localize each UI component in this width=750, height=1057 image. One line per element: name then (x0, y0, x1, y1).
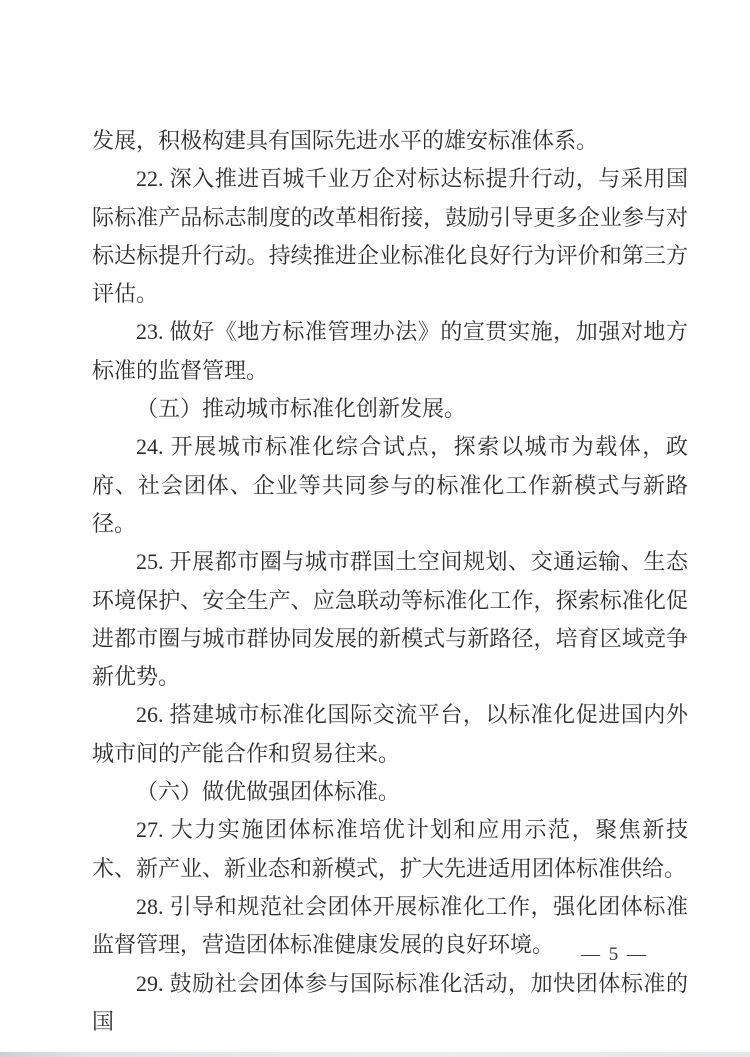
paragraph: 发展，积极构建具有国际先进水平的雄安标准体系。 (92, 122, 688, 160)
paragraph: 22. 深入推进百城千业万企对标达标提升行动，与采用国际标准产品标志制度的改革相… (92, 160, 688, 313)
paragraph: 29. 鼓励社会团体参与国际标准化活动，加快团体标准的国 (92, 965, 688, 1042)
document-body: 发展，积极构建具有国际先进水平的雄安标准体系。22. 深入推进百城千业万企对标达… (92, 122, 688, 1041)
paragraph: 27. 大力实施团体标准培优计划和应用示范，聚焦新技术、新产业、新业态和新模式，… (92, 811, 688, 888)
page-number: — 5 — (581, 941, 648, 969)
paragraph: 25. 开展都市圈与城市群国土空间规划、交通运输、生态环境保护、安全生产、应急联… (92, 543, 688, 696)
document-page: 发展，积极构建具有国际先进水平的雄安标准体系。22. 深入推进百城千业万企对标达… (0, 0, 750, 1057)
section-heading: （六）做优做强团体标准。 (92, 773, 688, 811)
paragraph: 24. 开展城市标准化综合试点，探索以城市为载体，政府、社会团体、企业等共同参与… (92, 428, 688, 543)
paragraph: 26. 搭建城市标准化国际交流平台，以标准化促进国内外城市间的产能合作和贸易往来… (92, 696, 688, 773)
paragraph: 23. 做好《地方标准管理办法》的宣贯实施，加强对地方标准的监督管理。 (92, 313, 688, 390)
page-edge-shadow (0, 1052, 750, 1057)
section-heading: （五）推动城市标准化创新发展。 (92, 390, 688, 428)
